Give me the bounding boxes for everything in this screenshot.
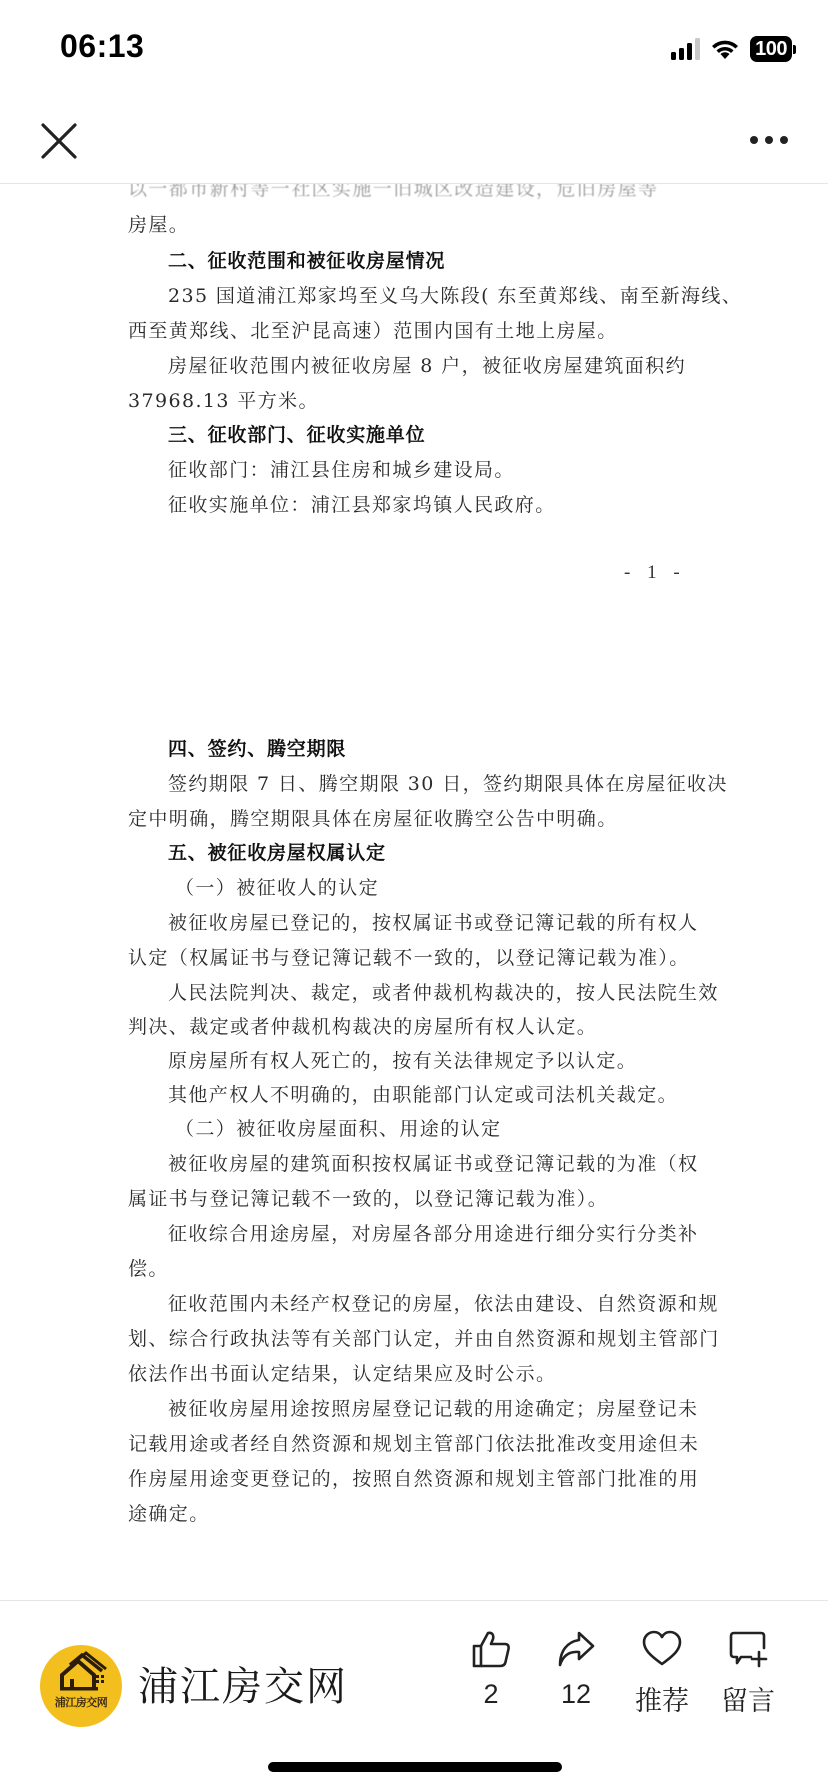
section-heading: 二、征收范围和被征收房屋情况 — [168, 246, 748, 276]
doc-line: 偿。 — [128, 1254, 708, 1284]
close-button[interactable] — [38, 120, 80, 162]
cellular-signal-icon — [671, 38, 700, 60]
subsection-heading: （一）被征收人的认定 — [175, 873, 755, 903]
nav-bar — [0, 100, 828, 184]
doc-line: 征收实施单位：浦江县郑家坞镇人民政府。 — [168, 490, 748, 520]
more-button[interactable] — [750, 130, 798, 150]
doc-line: 依法作出书面认定结果，认定结果应及时公示。 — [128, 1359, 708, 1389]
doc-line: 其他产权人不明确的，由职能部门认定或司法机关裁定。 — [168, 1080, 748, 1110]
doc-line: 人民法院判决、裁定，或者仲裁机构裁决的，按人民法院生效 — [168, 978, 748, 1008]
doc-line: 定中明确，腾空期限具体在房屋征收腾空公告中明确。 — [128, 804, 708, 834]
share-count: 12 — [536, 1679, 616, 1710]
doc-line: 征收范围内未经产权登记的房屋，依法由建设、自然资源和规 — [168, 1289, 748, 1319]
section-heading: 四、签约、腾空期限 — [168, 734, 748, 764]
doc-line: 房屋。 — [128, 210, 708, 240]
close-icon — [38, 120, 80, 162]
comment-add-icon — [727, 1629, 769, 1669]
doc-line: 划、综合行政执法等有关部门认定，并由自然资源和规划主管部门 — [128, 1324, 708, 1354]
doc-line: 属证书与登记簿记载不一致的，以登记簿记载为准）。 — [128, 1184, 708, 1214]
doc-line: 途确定。 — [128, 1499, 708, 1529]
doc-line: 37968.13 平方米。 — [128, 386, 708, 416]
recommend-button[interactable]: 推荐 — [622, 1629, 702, 1718]
comment-label: 留言 — [708, 1679, 788, 1718]
doc-line: 235 国道浦江郑家坞至义乌大陈段( 东至黄郑线、南至新海线、 — [168, 281, 748, 311]
thumbs-up-icon — [470, 1629, 512, 1669]
status-bar: 06:13 100 — [0, 0, 828, 100]
battery-level: 100 — [750, 36, 792, 62]
doc-line: 记载用途或者经自然资源和规划主管部门依法批准改变用途但未 — [128, 1429, 708, 1459]
doc-line: 认定（权属证书与登记簿记载不一致的，以登记簿记载为准）。 — [128, 943, 708, 973]
doc-line: 被征收房屋用途按照房屋登记记载的用途确定；房屋登记未 — [168, 1394, 748, 1424]
more-horizontal-icon — [750, 136, 758, 144]
battery-icon: 100 — [750, 36, 796, 62]
doc-line: 签约期限 7 日、腾空期限 30 日，签约期限具体在房屋征收决 — [168, 769, 748, 799]
doc-line: 判决、裁定或者仲裁机构裁决的房屋所有权人认定。 — [128, 1012, 708, 1042]
like-count: 2 — [451, 1679, 531, 1710]
document-viewer[interactable]: 以一都市新村等一社区实施一旧城区改造建设，危旧房屋等 房屋。 二、征收范围和被征… — [0, 184, 828, 1600]
doc-line: 西至黄郑线、北至沪昆高速）范围内国有土地上房屋。 — [128, 316, 708, 346]
doc-line: 征收部门：浦江县住房和城乡建设局。 — [168, 455, 748, 485]
recommend-label: 推荐 — [622, 1679, 702, 1718]
section-heading: 五、被征收房屋权属认定 — [168, 838, 748, 868]
status-time: 06:13 — [60, 28, 144, 65]
doc-line: 原房屋所有权人死亡的，按有关法律规定予以认定。 — [168, 1046, 748, 1076]
doc-line: 作房屋用途变更登记的，按照自然资源和规划主管部门批准的用 — [128, 1464, 708, 1494]
account-name[interactable]: 浦江房交网 — [138, 1655, 348, 1712]
share-button[interactable]: 12 — [536, 1629, 616, 1710]
page-number: - 1 - — [624, 562, 686, 584]
subsection-heading: （二）被征收房屋面积、用途的认定 — [175, 1114, 755, 1144]
doc-line: 被征收房屋的建筑面积按权属证书或登记簿记载的为准（权 — [168, 1149, 748, 1179]
wifi-icon — [710, 38, 740, 60]
doc-line: 房屋征收范围内被征收房屋 8 户，被征收房屋建筑面积约 — [168, 351, 748, 381]
status-icons: 100 — [671, 36, 796, 62]
section-heading: 三、征收部门、征收实施单位 — [168, 420, 748, 450]
account-avatar[interactable]: 浦江房交网 — [40, 1645, 122, 1727]
share-icon — [555, 1629, 597, 1669]
comment-button[interactable]: 留言 — [708, 1629, 788, 1718]
doc-line: 被征收房屋已登记的，按权属证书或登记簿记载的所有权人 — [168, 908, 748, 938]
like-button[interactable]: 2 — [451, 1629, 531, 1710]
home-indicator[interactable] — [268, 1762, 562, 1772]
doc-line: 征收综合用途房屋，对房屋各部分用途进行细分实行分类补 — [168, 1219, 748, 1249]
heart-icon — [641, 1629, 683, 1669]
avatar-text: 浦江房交网 — [40, 1694, 122, 1710]
